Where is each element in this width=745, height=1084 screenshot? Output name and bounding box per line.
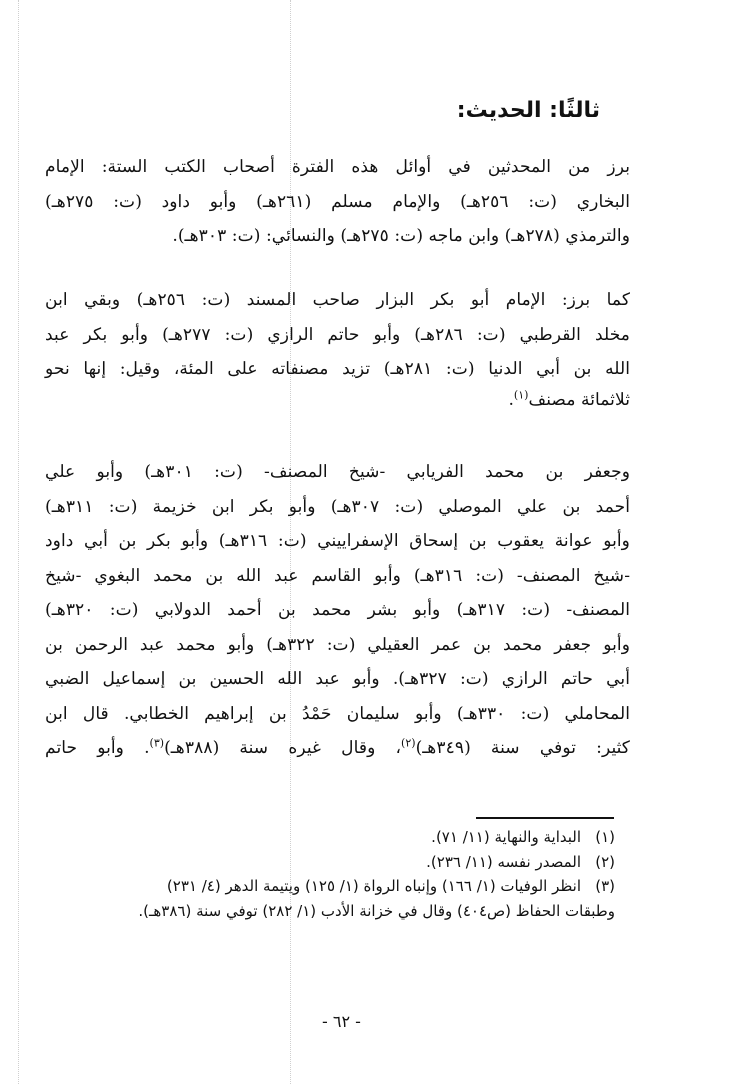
section-heading: ثالثًا: الحديث: — [457, 98, 600, 123]
footnote-separator — [476, 817, 614, 819]
text-line: وأبو عوانة يعقوب بن إسحاق الإسفراييني (ت… — [45, 524, 630, 559]
text-line: المحاملي (ت: ٣٣٠هـ) وأبو سليمان حَمْدُ ب… — [45, 697, 630, 732]
footnotes: (١) البداية والنهاية (١١/ ٧١). (٢) المصد… — [45, 825, 615, 923]
footnote-text-continued: (٣٨٦هـ). — [138, 902, 191, 920]
text-span: ثلاثمائة مصنف — [528, 390, 630, 410]
footnote-number: (٣) — [581, 874, 615, 899]
text-span: كثير: توفي سنة (٣٤٩هـ) — [416, 738, 630, 758]
text-line: أحمد بن علي الموصلي (ت: ٣٠٧هـ) وأبو بكر … — [45, 490, 630, 525]
text-span: . وأبو حاتم — [45, 738, 150, 758]
text-line: البخاري (ت: ٢٥٦هـ) والإمام مسلم (٢٦١هـ) … — [45, 185, 630, 220]
footnote-ref-1[interactable]: (١) — [514, 388, 529, 401]
text-line: والترمذي (٢٧٨هـ) وابن ماجه (ت: ٢٧٥هـ) وا… — [45, 219, 630, 254]
text-line: برز من المحدثين في أوائل هذه الفترة أصحا… — [45, 150, 630, 185]
footnote-ref-2[interactable]: (٢) — [401, 736, 416, 749]
footnote-number: (١) — [581, 825, 615, 850]
text-line: كثير: توفي سنة (٣٤٩هـ)(٢)، وقال غيره سنة… — [45, 731, 630, 766]
footnote-number: (٢) — [581, 850, 615, 875]
footnote-3: (٣) انظر الوفيات (١/ ١٦٦) وإنباه الرواة … — [45, 874, 615, 899]
paragraph-3: وجعفر بن محمد الفريابي -شيخ المصنف- (ت: … — [45, 455, 630, 766]
text-line: المصنف- (ت: ٣١٧هـ) وأبو بشر محمد بن أحمد… — [45, 593, 630, 628]
footnote-text: المصدر نفسه (١١/ ٢٣٦). — [45, 850, 581, 875]
footnote-1: (١) البداية والنهاية (١١/ ٧١). — [45, 825, 615, 850]
paragraph-1: برز من المحدثين في أوائل هذه الفترة أصحا… — [45, 150, 630, 254]
paragraph-2: كما برز: الإمام أبو بكر البزار صاحب المس… — [45, 283, 630, 417]
footnote-2: (٢) المصدر نفسه (١١/ ٢٣٦). — [45, 850, 615, 875]
scanned-book-page: ثالثًا: الحديث: برز من المحدثين في أوائل… — [0, 0, 745, 1084]
text-span: ، وقال غيره سنة (٣٨٨هـ) — [164, 738, 401, 758]
text-line: كما برز: الإمام أبو بكر البزار صاحب المس… — [45, 283, 630, 318]
text-line: وأبو جعفر محمد بن عمر العقيلي (ت: ٣٢٢هـ)… — [45, 628, 630, 663]
page-number: - ٦٢ - — [322, 1012, 361, 1031]
text-line: ثلاثمائة مصنف(١). — [45, 383, 630, 418]
text-line: -شيخ المصنف- (ت: ٣١٦هـ) وأبو القاسم عبد … — [45, 559, 630, 594]
text-line: وجعفر بن محمد الفريابي -شيخ المصنف- (ت: … — [45, 455, 630, 490]
footnote-text-continued: وطبقات الحفاظ (ص٤٠٤) وقال في خزانة الأدب… — [196, 902, 615, 920]
scan-artifact-line — [18, 0, 19, 1084]
text-line: أبي حاتم الرازي (ت: ٣٢٧هـ). وأبو عبد الل… — [45, 662, 630, 697]
footnote-text: البداية والنهاية (١١/ ٧١). — [45, 825, 581, 850]
text-line: مخلد القرطبي (ت: ٢٨٦هـ) وأبو حاتم الرازي… — [45, 318, 630, 353]
footnote-text: انظر الوفيات (١/ ١٦٦) وإنباه الرواة (١/ … — [45, 874, 581, 899]
text-line: الله بن أبي الدنيا (ت: ٢٨١هـ) تزيد مصنفا… — [45, 352, 630, 387]
footnote-ref-3[interactable]: (٣) — [150, 736, 165, 749]
